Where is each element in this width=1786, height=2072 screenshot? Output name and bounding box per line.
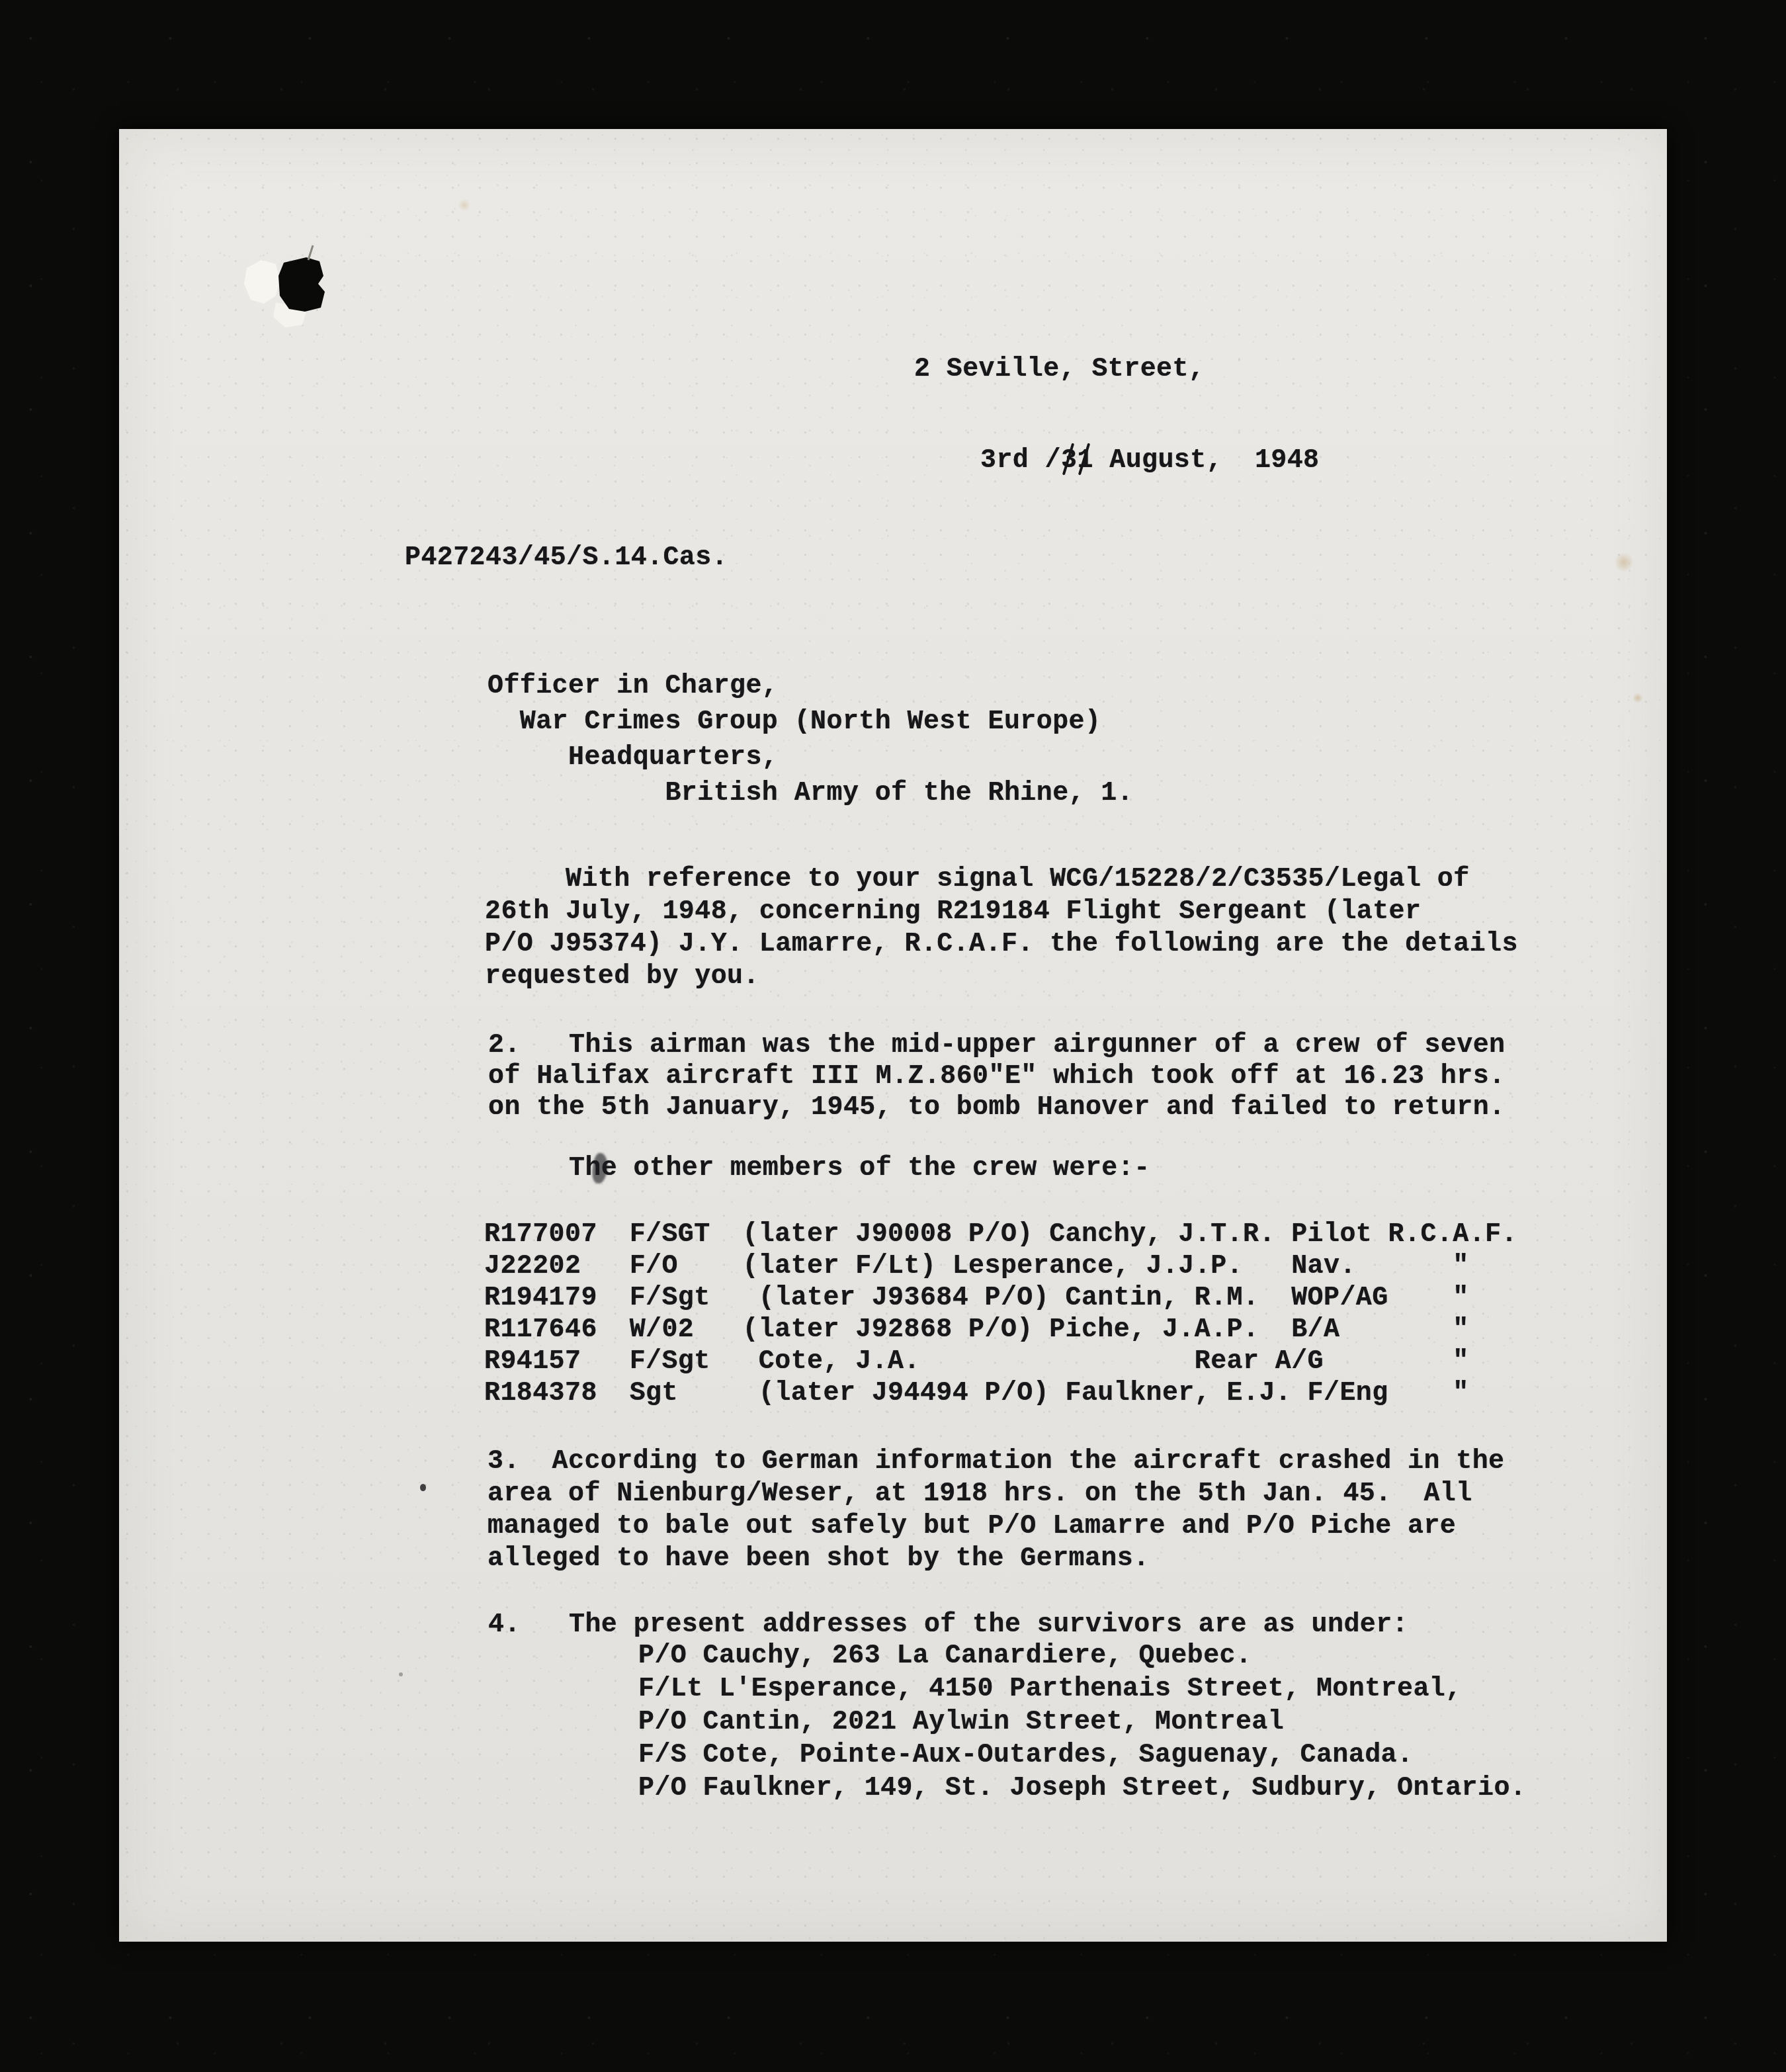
date-line: 3rd /31 August, 1948 [980,445,1320,477]
torn-paper-flap-left [244,260,280,304]
paragraph-2: 2. This airman was the mid-upper airgunn… [488,1030,1505,1123]
recipient-line: British Army of the Rhine, 1. [488,776,1133,812]
crew-table-row: J22202 F/O (later F/Lt) Lesperance, J.J.… [484,1251,1517,1283]
paragraph-2-line: on the 5th January, 1945, to bomb Hanove… [488,1092,1505,1123]
paper-stain [1615,551,1633,574]
crew-table-row: R94157 F/Sgt Cote, J.A. Rear A/G " [484,1346,1517,1378]
recipient-line: War Crimes Group (North West Europe) [488,705,1133,740]
torn-hole [241,241,327,334]
survivor-addresses: P/O Cauchy, 263 La Canardiere, Quebec. F… [638,1640,1526,1805]
paragraph-4-heading: 4. The present addresses of the survivor… [488,1610,1408,1641]
crew-intro-line: The other members of the crew were:- [569,1153,1150,1185]
address-line: F/S Cote, Pointe-Aux-Outardes, Saguenay,… [638,1739,1526,1772]
address-line: P/O Faulkner, 149, St. Joseph Street, Su… [638,1772,1526,1805]
paragraph-1-line: 26th July, 1948, concerning R219184 Flig… [485,896,1518,928]
paper-stain [458,199,471,211]
paragraph-3-line: 3. According to German information the a… [488,1446,1504,1478]
paragraph-2-line: 2. This airman was the mid-upper airgunn… [488,1030,1505,1061]
date-suffix: August, 1948 [1093,446,1320,476]
paragraph-1-line: P/O J95374) J.Y. Lamarre, R.C.A.F. the f… [485,928,1518,961]
address-line: P/O Cauchy, 263 La Canardiere, Quebec. [638,1640,1526,1673]
paragraph-3-line: alleged to have been shot by the Germans… [488,1543,1504,1575]
address-line: P/O Cantin, 2021 Aylwin Street, Montreal [638,1706,1526,1739]
crew-table-row: R117646 W/02 (later J92868 P/O) Piche, J… [484,1315,1517,1346]
hole-black-void [278,257,325,312]
scanned-letter-page: { "page": { "background_color": "#0b0b0a… [0,0,1786,2072]
crew-table-row: R194179 F/Sgt (later J93684 P/O) Cantin,… [484,1283,1517,1315]
paragraph-3-line: area of Nienburg/Weser, at 1918 hrs. on … [488,1478,1504,1510]
date-struck-digits: 31 [1061,445,1093,477]
recipient-line: Officer in Charge, [488,669,1133,705]
paragraph-3-line: managed to bale out safely but P/O Lamar… [488,1510,1504,1543]
paper-tear-crack [308,245,313,260]
paragraph-1-line: With reference to your signal WCG/15228/… [485,863,1518,896]
paper-stain [1633,693,1643,703]
date-prefix: 3rd / [980,446,1061,476]
crew-table: R177007 F/SGT (later J90008 P/O) Canchy,… [484,1219,1517,1410]
recipient-block: Officer in Charge, War Crimes Group (Nor… [488,669,1133,812]
paragraph-1-line: requested by you. [485,961,1518,993]
paragraph-3: 3. According to German information the a… [488,1446,1504,1575]
recipient-line: Headquarters, [488,740,1133,776]
address-line: F/Lt L'Esperance, 4150 Parthenais Street… [638,1673,1526,1706]
sender-address-line: 2 Seville, Street, [914,354,1205,386]
reference-number: P427243/45/S.14.Cas. [405,542,728,574]
stray-ink-dot [399,1672,403,1676]
stray-ink-dot [420,1484,426,1491]
crew-table-row: R177007 F/SGT (later J90008 P/O) Canchy,… [484,1219,1517,1251]
crew-table-row: R184378 Sgt (later J94494 P/O) Faulkner,… [484,1378,1517,1410]
letter-paper: 2 Seville, Street, 3rd /31 August, 1948 … [119,129,1667,1942]
paragraph-2-line: of Halifax aircraft III M.Z.860"E" which… [488,1061,1505,1092]
paragraph-1: With reference to your signal WCG/15228/… [485,863,1518,993]
